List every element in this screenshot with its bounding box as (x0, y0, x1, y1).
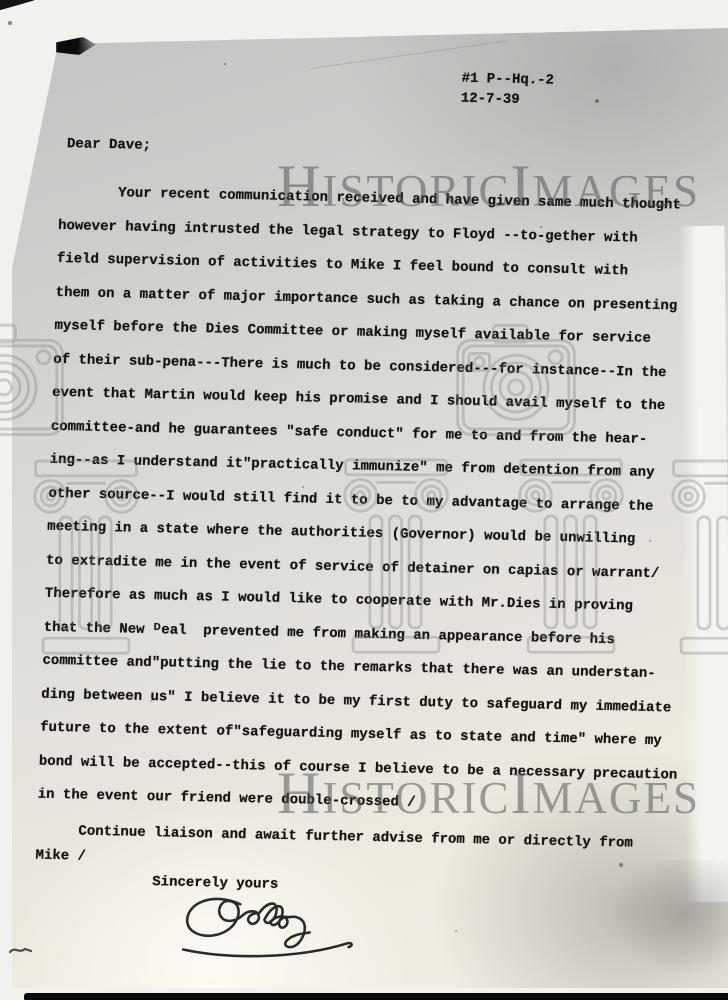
header-reference: #1 P--Hq.-2 (461, 71, 554, 89)
corner-shading (560, 860, 728, 980)
signature-stroke (177, 885, 368, 963)
letter-header: #1 P--Hq.-2 12-7-39 (460, 69, 554, 111)
header-date: 12-7-39 (461, 91, 520, 108)
photo-bottom-edge (24, 993, 728, 1000)
dust-specks (0, 0, 2, 2)
corner-mark (0, 0, 45, 11)
press-photo: #1 P--Hq.-2 12-7-39 Dear Dave; Your rece… (0, 0, 728, 1000)
letter-content: #1 P--Hq.-2 12-7-39 Dear Dave; Your rece… (32, 60, 726, 974)
salutation: Dear Dave; (67, 136, 152, 154)
signature-pelley (177, 885, 368, 963)
letter-body: Your recent communication received and h… (34, 184, 698, 910)
scratch-mark (9, 943, 33, 955)
